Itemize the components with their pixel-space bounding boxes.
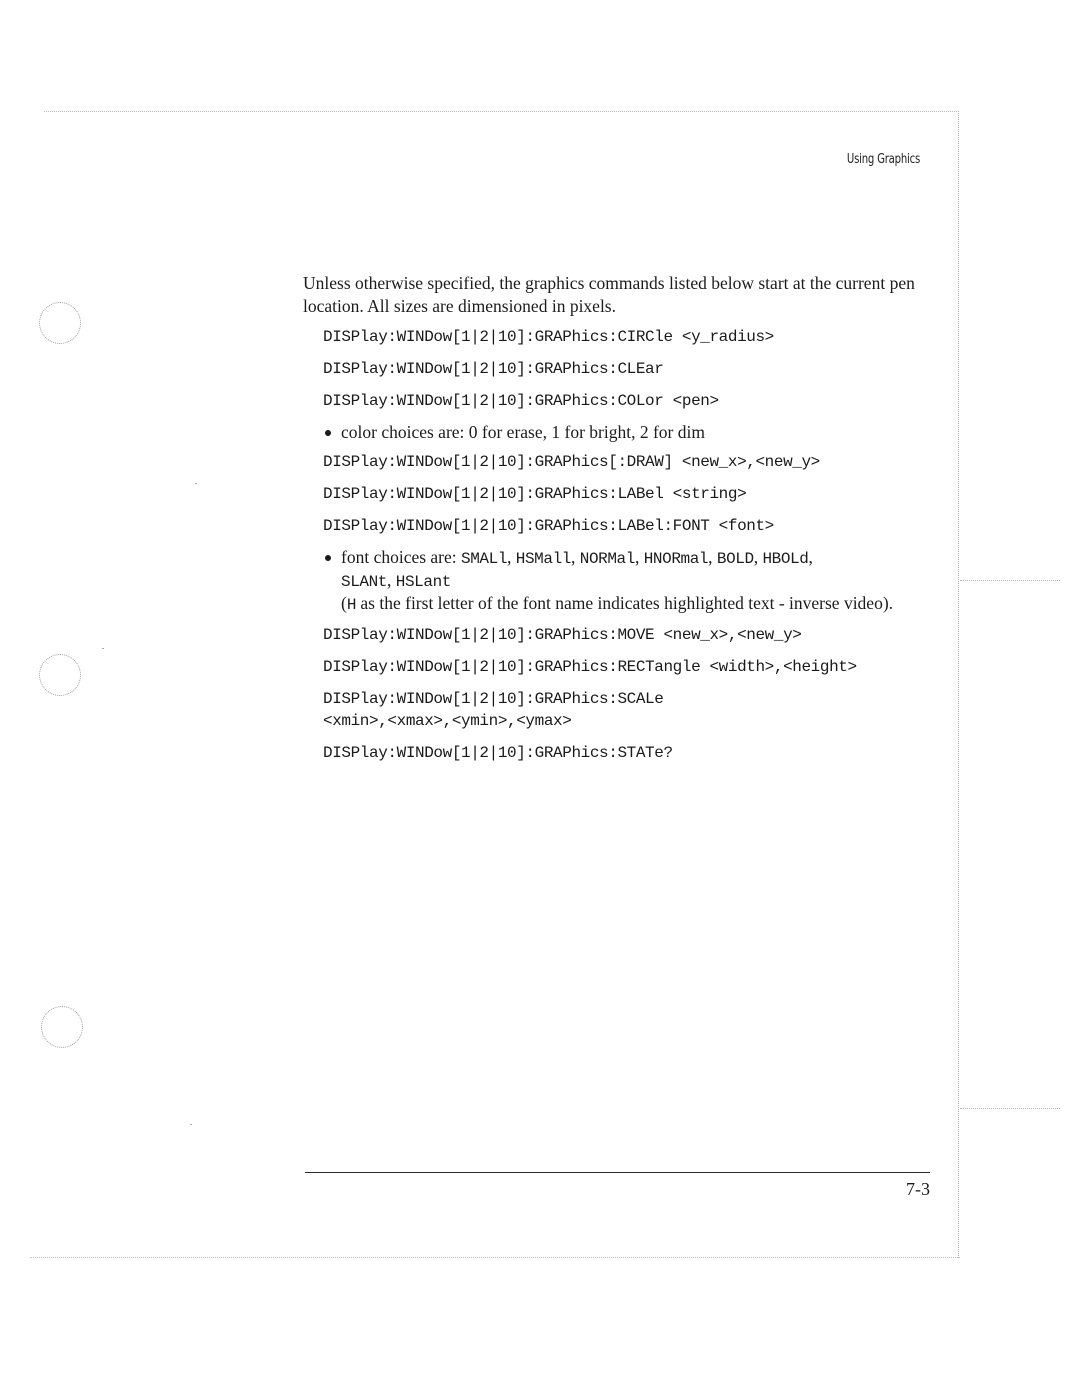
- font-option: NORMal: [580, 550, 635, 568]
- font-note-explanation: as the first letter of the font name ind…: [356, 593, 893, 613]
- font-option: HBOLd: [762, 550, 808, 568]
- command-clear: DISPlay:WINDow[1|2|10]:GRAPhics:CLEar: [323, 358, 933, 380]
- command-move: DISPlay:WINDow[1|2|10]:GRAPhics:MOVE <ne…: [323, 624, 933, 646]
- running-head: Using Graphics: [842, 152, 920, 167]
- command-rectangle: DISPlay:WINDow[1|2|10]:GRAPhics:RECTangl…: [323, 656, 933, 678]
- page-number: 7-3: [860, 1179, 930, 1200]
- command-scale-line2: <xmin>,<xmax>,<ymin>,<ymax>: [323, 712, 571, 730]
- command-scale: DISPlay:WINDow[1|2|10]:GRAPhics:SCALe <x…: [323, 688, 933, 732]
- tab-divider-mark: [960, 580, 1060, 581]
- font-note-h-letter: H: [347, 596, 356, 614]
- intro-paragraph: Unless otherwise specified, the graphics…: [303, 272, 933, 318]
- font-option: HNORmal: [644, 550, 708, 568]
- scan-speck: [195, 483, 197, 484]
- page-body: Unless otherwise specified, the graphics…: [303, 272, 933, 774]
- command-label: DISPlay:WINDow[1|2|10]:GRAPhics:LABel <s…: [323, 483, 933, 505]
- command-label-font: DISPlay:WINDow[1|2|10]:GRAPhics:LABel:FO…: [323, 515, 933, 537]
- color-note-text: color choices are: 0 for erase, 1 for br…: [341, 422, 705, 442]
- scan-speck: [190, 1124, 192, 1125]
- binder-hole-icon: [41, 1006, 83, 1048]
- page-edge-right: [958, 113, 959, 1258]
- binder-hole-icon: [39, 654, 81, 696]
- binder-hole-icon: [39, 302, 81, 344]
- scan-speck: [102, 648, 104, 649]
- font-option: SMALl: [461, 550, 507, 568]
- font-option: HSLant: [396, 573, 451, 591]
- tab-divider-mark: [960, 1108, 1060, 1109]
- footer-rule: [305, 1172, 930, 1173]
- font-note: font choices are: SMALl, HSMall, NORMal,…: [323, 547, 933, 616]
- font-option: BOLD: [717, 550, 754, 568]
- command-circle: DISPlay:WINDow[1|2|10]:GRAPhics:CIRCle <…: [323, 326, 933, 348]
- command-scale-line1: DISPlay:WINDow[1|2|10]:GRAPhics:SCALe: [323, 690, 663, 708]
- page-edge-bottom: [30, 1257, 960, 1258]
- bullet-icon: [325, 430, 331, 436]
- font-note-prefix: font choices are:: [341, 547, 461, 567]
- font-option: SLANt: [341, 573, 387, 591]
- command-color: DISPlay:WINDow[1|2|10]:GRAPhics:COLor <p…: [323, 390, 933, 412]
- font-option: HSMall: [516, 550, 571, 568]
- bullet-icon: [325, 555, 331, 561]
- command-draw: DISPlay:WINDow[1|2|10]:GRAPhics[:DRAW] <…: [323, 451, 933, 473]
- command-state: DISPlay:WINDow[1|2|10]:GRAPhics:STATe?: [323, 742, 933, 764]
- color-note: color choices are: 0 for erase, 1 for br…: [323, 422, 933, 443]
- page-edge-top: [44, 111, 959, 112]
